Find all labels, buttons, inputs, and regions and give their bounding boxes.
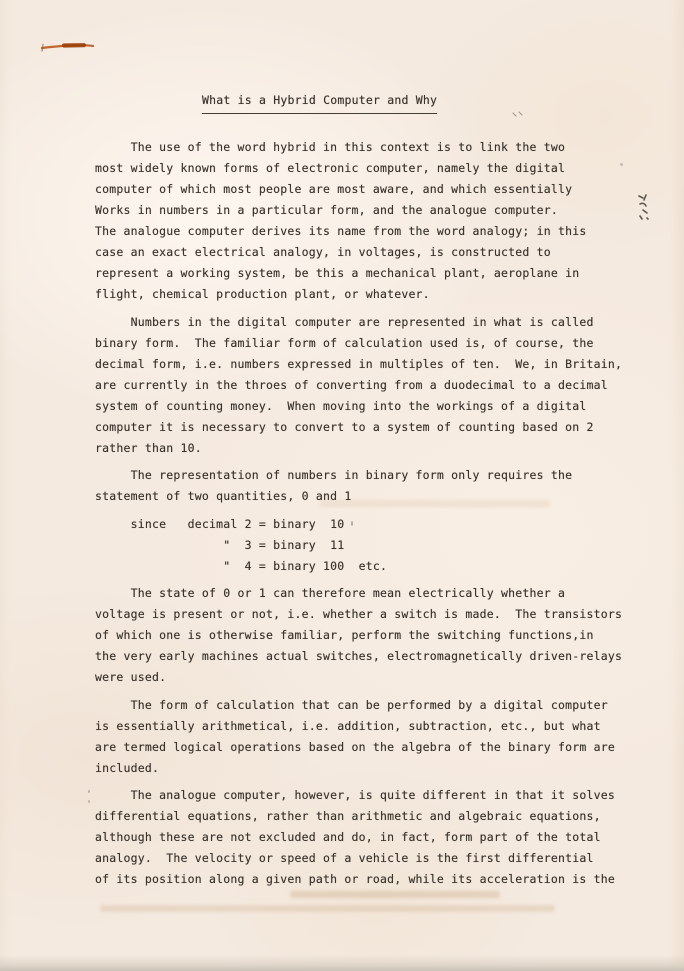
text-line: Numbers in the digital computer are repr… [95, 312, 635, 333]
text-line: computer of which most people are most a… [95, 179, 635, 200]
text-line: were used. [95, 667, 635, 688]
text-line: The form of calculation that can be perf… [95, 695, 635, 716]
text-line: The use of the word hybrid in this conte… [95, 137, 635, 158]
stray-mark [510, 110, 524, 120]
text-line: included. [95, 758, 635, 779]
page-bottom-shadow [0, 955, 684, 971]
ink-smudge [632, 192, 654, 226]
paragraph-state-switching: The state of 0 or 1 can therefore mean e… [95, 583, 635, 688]
ghost-text-line [320, 500, 550, 507]
text-line: The analogue computer, however, is quite… [95, 785, 635, 806]
text-line: computer it is necessary to convert to a… [95, 417, 635, 438]
margin-speck [88, 800, 90, 803]
text-line: since decimal 2 = binary 10 [95, 514, 635, 535]
document-title: What is a Hybrid Computer and Why [202, 90, 437, 114]
text-line: The analogue computer derives its name f… [95, 221, 635, 242]
text-line: are termed logical operations based on t… [95, 737, 635, 758]
margin-speck [88, 790, 90, 793]
ghost-text-line [100, 905, 555, 912]
text-line: most widely known forms of electronic co… [95, 158, 635, 179]
text-line: voltage is present or not, i.e. whether … [95, 604, 635, 625]
paragraph-digital-calculation: The form of calculation that can be perf… [95, 695, 635, 779]
text-line: system of counting money. When moving in… [95, 396, 635, 417]
text-line: " 3 = binary 11 [95, 535, 635, 556]
text-line: are currently in the throes of convertin… [95, 375, 635, 396]
text-line: case an exact electrical analogy, in vol… [95, 242, 635, 263]
paragraph-intro: The use of the word hybrid in this conte… [95, 137, 635, 305]
ghost-text-line [290, 891, 500, 898]
text-line: of its position along a given path or ro… [95, 869, 635, 890]
stray-tick [351, 521, 353, 526]
text-line: The state of 0 or 1 can therefore mean e… [95, 583, 635, 604]
text-line: binary form. The familiar form of calcul… [95, 333, 635, 354]
text-line: Works in numbers in a particular form, a… [95, 200, 635, 221]
text-line: the very early machines actual switches,… [95, 646, 635, 667]
rust-stain [38, 38, 96, 54]
text-line: decimal form, i.e. numbers expressed in … [95, 354, 635, 375]
text-line: " 4 = binary 100 etc. [95, 556, 635, 577]
text-line: represent a working system, be this a me… [95, 263, 635, 284]
paragraph-analogue-solves: The analogue computer, however, is quite… [95, 785, 635, 890]
paragraph-binary-equivalents: since decimal 2 = binary 10 " 3 = binary… [95, 514, 635, 577]
text-line: is essentially arithmetical, i.e. additi… [95, 716, 635, 737]
document-body: The use of the word hybrid in this conte… [95, 137, 635, 897]
text-line: differential equations, rather than arit… [95, 806, 635, 827]
text-line: flight, chemical production plant, or wh… [95, 284, 635, 305]
text-line: The representation of numbers in binary … [95, 465, 635, 486]
text-line: although these are not excluded and do, … [95, 827, 635, 848]
paper-speck [620, 163, 623, 166]
text-line: analogy. The velocity or speed of a vehi… [95, 848, 635, 869]
text-line: rather than 10. [95, 438, 635, 459]
paper-page: What is a Hybrid Computer and Why The us… [0, 0, 684, 971]
paragraph-numbers-binary: Numbers in the digital computer are repr… [95, 312, 635, 459]
text-line: of which one is otherwise familiar, perf… [95, 625, 635, 646]
